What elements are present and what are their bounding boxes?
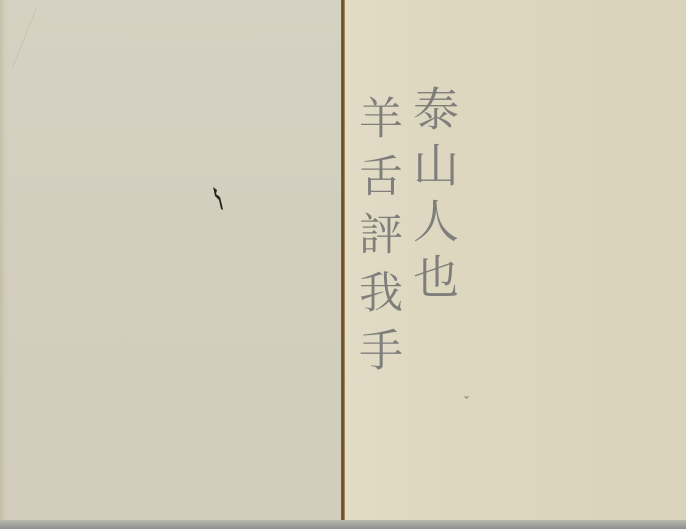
scanner-bottom-edge — [0, 520, 686, 529]
ink-blot-icon — [211, 185, 225, 211]
calligraphy-column-right: 泰山人也 — [400, 85, 466, 309]
stray-ink-mark: ˇ — [463, 395, 470, 411]
calligraphy-column-left: 羊舌評我手 — [344, 95, 408, 385]
left-page — [0, 0, 342, 522]
page-corner-crease — [0, 8, 37, 68]
book-spread: 泰山人也 羊舌評我手 ˇ — [0, 0, 686, 522]
